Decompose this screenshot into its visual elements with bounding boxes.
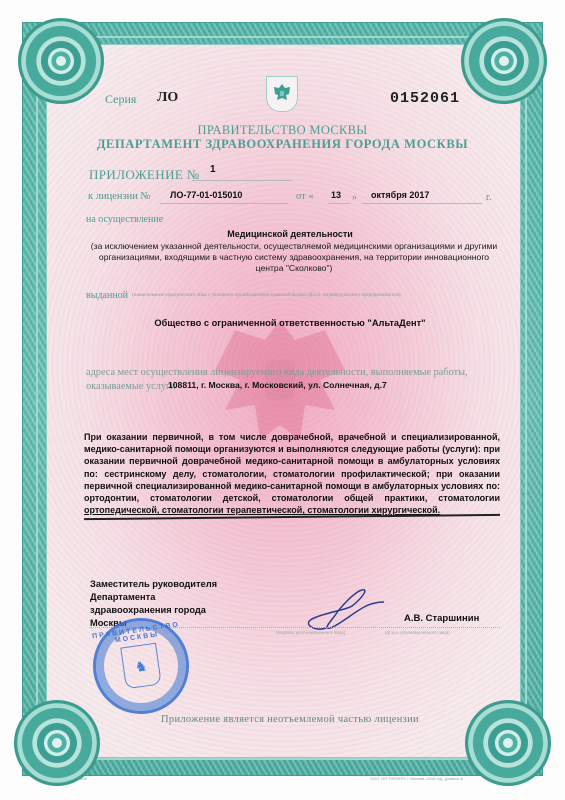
moscow-coat-of-arms-icon: ♞ [120,643,161,690]
signatory-title-line: Заместитель руководителя [90,578,270,591]
series-label: Серия [105,92,136,107]
issued-label: выданной [86,290,128,301]
series-value: ЛО [157,90,178,106]
license-number-underline [160,203,288,204]
appendix-number: 1 [210,164,216,175]
signatory-title-line: здравоохранения города [90,604,270,617]
form-number: 0152061 [390,90,460,107]
appendix-underline [192,180,292,181]
license-month-underline [362,203,482,204]
license-number-label: к лицензии № [88,191,151,202]
license-appendix-sheet: Серия ЛО 0152061 ПРАВИТЕЛЬСТВО МОСКВЫ ДЕ… [0,0,565,800]
signer-name: А.В. Старшинин [404,613,479,624]
services-last-line: ортопедической, стоматологии терапевтиче… [84,505,440,515]
organization-name: Общество с ограниченной ответственностью… [0,318,565,328]
address-value: 108811, г. Москва, г. Московский, ул. Со… [168,380,387,390]
corner-rosette-icon [465,700,551,786]
license-date-quote: » [352,192,357,203]
name-hint: (ф.и.о. уполномоченного лица) [385,630,450,635]
license-day: 13 [331,190,341,200]
license-number: ЛО-77-01-015010 [170,190,242,200]
signatory-title-line: Департамента [90,591,270,604]
printer-imprint: ООО «НТТПРИНТ» г. Москва, 2016 год, уров… [370,776,463,781]
department-heading: ДЕПАРТАМЕНТ ЗДРАВООХРАНЕНИЯ ГОРОДА МОСКВ… [0,137,565,152]
corner-rosette-icon [14,700,100,786]
government-heading: ПРАВИТЕЛЬСТВО МОСКВЫ [0,123,565,138]
signature-hint: (подпись уполномоченного лица) [276,630,345,635]
services-description: При оказании первичной, в том числе довр… [84,431,500,516]
appendix-label: ПРИЛОЖЕНИЕ № [89,167,200,183]
appendix-footer-note: Приложение является неотъемлемой частью … [0,714,565,725]
services-text: При оказании первичной, в том числе довр… [84,432,500,503]
activity-note: (за исключением указанной деятельности, … [84,241,504,274]
license-month-year: октября 2017 [371,190,429,200]
license-day-underline [328,203,350,204]
issued-hint: (наименование юридического лица с указан… [132,293,401,298]
printer-code: 0808 [78,776,87,781]
license-date-from-label: от « [296,191,314,202]
corner-rosette-icon [461,18,547,104]
corner-rosette-icon [18,18,104,104]
activity-label: на осуществление [86,214,163,225]
year-suffix: г. [486,192,491,203]
coat-of-arms-icon [266,76,298,112]
activity-title: Медицинской деятельности [0,229,565,239]
